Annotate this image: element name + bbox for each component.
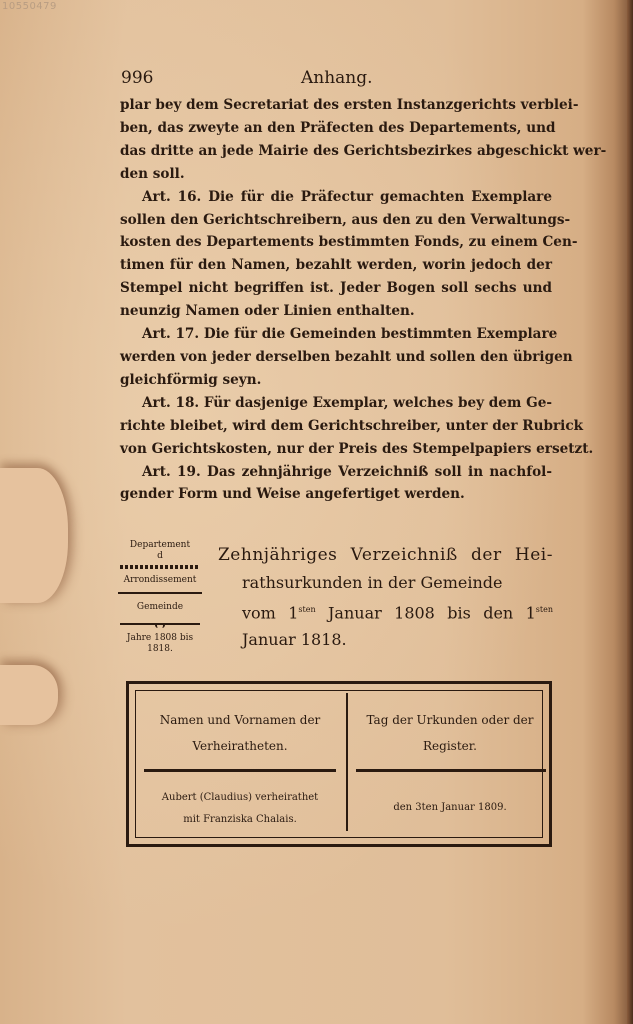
arrondissement-label: Arrondissement (118, 575, 202, 586)
wavy-rule (120, 565, 200, 569)
header-rule (144, 769, 336, 772)
header-rule (356, 769, 546, 772)
form-title-line: Zehnjähriges Verzeichniß der Hei- (218, 542, 553, 569)
cell-line: den 3ten Januar 1809. (352, 797, 548, 819)
form-title-line: vom 1sten Januar 1808 bis den 1sten (218, 596, 553, 626)
form-sidebox: Departement d Arrondissement Gemeinde Ja… (118, 540, 202, 655)
running-title: Anhang. (301, 68, 373, 88)
register-table: Namen und Vornamen der Verheiratheten. T… (126, 681, 552, 847)
text-line: richte bleibet, wird dem Gerichtschreibe… (120, 415, 552, 438)
cell-line: Aubert (Claudius) verheirathet (142, 787, 338, 809)
superscript: sten (298, 605, 315, 614)
header-line: Namen und Vornamen der (142, 707, 338, 733)
text-line: gender Form und Weise angefertiget werde… (120, 483, 552, 506)
text-line: sollen den Gerichtschreibern, aus den zu… (120, 209, 552, 232)
gemeinde-label: Gemeinde (118, 602, 202, 613)
text-line: kosten des Departements bestimmten Fonds… (120, 231, 552, 254)
paper-stain (0, 665, 58, 725)
column-divider (346, 693, 348, 831)
paper-stain (0, 468, 68, 603)
text-fragment: Januar 1808 bis den 1 (316, 603, 536, 622)
paragraph-art-17: Art. 17. Die für die Gemeinden bestimmte… (120, 323, 552, 392)
paragraph-art-16: Art. 16. Die für die Präfectur gemachten… (120, 186, 552, 323)
department-label: Departement (118, 540, 202, 551)
table-cell-date: den 3ten Januar 1809. (352, 797, 548, 819)
paragraph-art-18: Art. 18. Für dasjenige Exemplar, welches… (120, 392, 552, 461)
form-title-line: Januar 1818. (218, 626, 553, 653)
years-end: 1818. (118, 644, 202, 655)
form-title: Zehnjähriges Verzeichniß der Hei- rathsu… (218, 542, 553, 653)
header-line: Register. (352, 733, 548, 759)
column-header-date: Tag der Urkunden oder der Register. (352, 707, 548, 759)
text-line: werden von jeder derselben bezahlt und s… (120, 346, 552, 369)
body-text: plar bey dem Secretariat des ersten Inst… (120, 94, 552, 506)
header-line: Tag der Urkunden oder der (352, 707, 548, 733)
text-line: Stempel nicht begriffen ist. Jeder Bogen… (120, 277, 552, 300)
years-label: Jahre 1808 bis (118, 633, 202, 644)
header-line: Verheiratheten. (142, 733, 338, 759)
scanned-book-page: 10550479 996 Anhang. plar bey dem Secret… (0, 0, 633, 1024)
page-header: 996 Anhang. (121, 68, 551, 92)
department-sub: d (118, 551, 202, 562)
text-line: Art. 18. Für dasjenige Exemplar, welches… (120, 392, 552, 415)
thick-rule (118, 592, 202, 594)
table-inner-border: Namen und Vornamen der Verheiratheten. T… (135, 690, 543, 838)
text-line: das dritte an jede Mairie des Gerichtsbe… (120, 140, 552, 163)
text-line: den soll. (120, 163, 552, 186)
paragraph-continuation: plar bey dem Secretariat des ersten Inst… (120, 94, 552, 186)
scan-watermark-id: 10550479 (2, 1, 57, 12)
text-line: neunzig Namen oder Linien enthalten. (120, 300, 552, 323)
text-line: von Gerichtskosten, nur der Preis des St… (120, 438, 552, 461)
column-header-names: Namen und Vornamen der Verheiratheten. (142, 707, 338, 759)
text-line: Art. 19. Das zehnjährige Verzeichniß sol… (120, 461, 552, 484)
text-line: ben, das zweyte an den Präfecten des Dep… (120, 117, 552, 140)
book-spine-edge (627, 0, 633, 1024)
text-fragment: vom 1 (242, 603, 298, 622)
text-line: gleichförmig seyn. (120, 369, 552, 392)
form-title-line: rathsurkunden in der Gemeinde (218, 569, 553, 596)
table-cell-names: Aubert (Claudius) verheirathet mit Franz… (142, 787, 338, 831)
brace-rule (120, 623, 200, 625)
text-line: Art. 17. Die für die Gemeinden bestimmte… (120, 323, 552, 346)
cell-line: mit Franziska Chalais. (142, 809, 338, 831)
text-line: Art. 16. Die für die Präfectur gemachten… (120, 186, 552, 209)
page-number: 996 (121, 68, 153, 88)
superscript: sten (536, 605, 553, 614)
paragraph-art-19: Art. 19. Das zehnjährige Verzeichniß sol… (120, 461, 552, 507)
text-line: timen für den Namen, bezahlt werden, wor… (120, 254, 552, 277)
text-line: plar bey dem Secretariat des ersten Inst… (120, 94, 552, 117)
